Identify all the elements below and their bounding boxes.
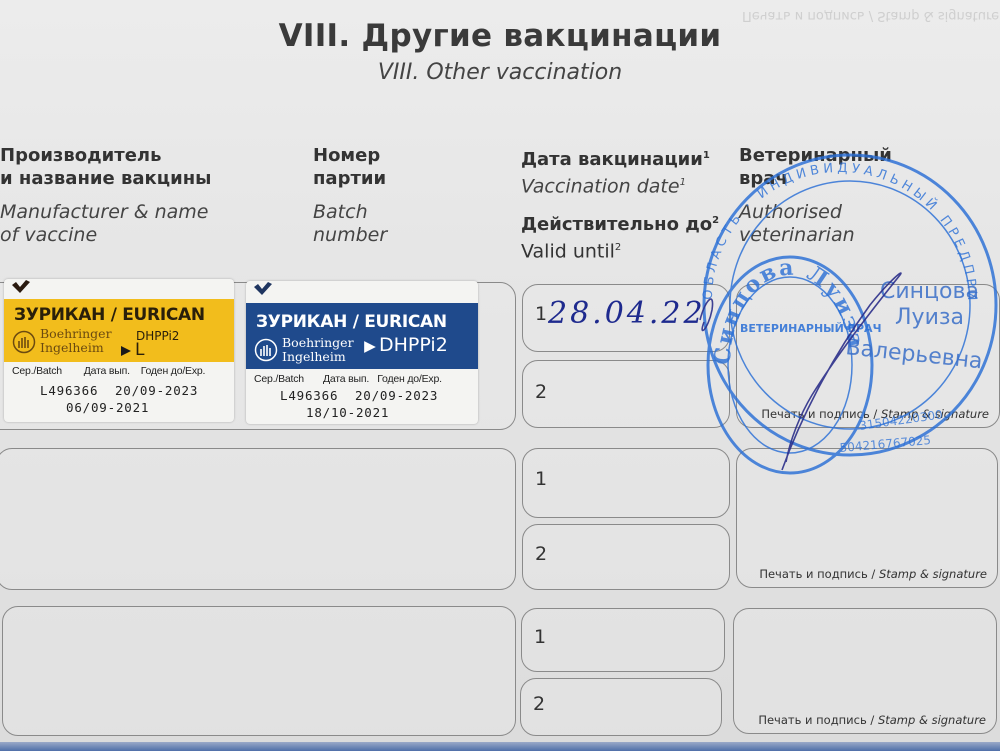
row2-date-1-field[interactable]: 1 bbox=[522, 448, 730, 518]
row1-date-2-label: 2 bbox=[535, 381, 547, 403]
checkmark-icon bbox=[252, 281, 274, 299]
vaccine-sticker-1: ЗУРИКАН / EURICAN BoehringerIngelheim DH… bbox=[4, 279, 234, 422]
page-edge bbox=[0, 742, 1000, 751]
col-header-date: Дата вакцинации1 Vaccination date1 Дейст… bbox=[521, 144, 719, 264]
sticker-brand: ЗУРИКАН / EURICAN bbox=[256, 312, 447, 332]
sticker-batch-exp: L496366 20/09-2023 bbox=[280, 388, 438, 403]
sticker-issued: 06/09-2021 bbox=[66, 400, 149, 415]
col-header-batch: Номер партии Batch number bbox=[313, 144, 387, 247]
manufacturer-ru-2: и название вакцины bbox=[0, 167, 211, 190]
footnote-2: 2 bbox=[712, 215, 719, 226]
row2-stamp-field[interactable]: Печать и подпись / Stamp & signature bbox=[736, 448, 998, 588]
row1-stamp-field[interactable]: Печать и подпись / Stamp & signature bbox=[736, 284, 1000, 428]
vet-en-1: Authorised bbox=[739, 201, 892, 224]
sticker-maker: BoehringerIngelheim bbox=[40, 327, 112, 355]
row2-stamp-label: Печать и подпись / Stamp & signature bbox=[759, 567, 987, 581]
col-header-vet: Ветеринарный врач Authorised veterinaria… bbox=[739, 144, 892, 247]
batch-ru-2: партии bbox=[313, 167, 387, 190]
valid-ru: Действительно до bbox=[521, 214, 712, 235]
row2-date-2-label: 2 bbox=[535, 543, 547, 565]
footnote-1: 1 bbox=[703, 150, 710, 161]
vaccine-sticker-2: ЗУРИКАН / EURICAN BoehringerIngelheim DH… bbox=[246, 281, 478, 424]
row3-date-1-label: 1 bbox=[534, 626, 546, 648]
play-arrow-icon bbox=[120, 345, 132, 357]
section-subtitle: VIII. Other vaccination bbox=[0, 60, 1000, 85]
checkmark-icon bbox=[10, 279, 32, 297]
manufacturer-ru-1: Производитель bbox=[0, 144, 211, 167]
row3-date-2-label: 2 bbox=[533, 693, 545, 715]
manufacturer-en-2: of vaccine bbox=[0, 224, 211, 247]
sticker-variant-suffix: L bbox=[135, 340, 144, 360]
row3-stamp-field[interactable]: Печать и подпись / Stamp & signature bbox=[733, 608, 997, 734]
footnote-1b: 1 bbox=[680, 177, 686, 188]
sticker-col-labels: Сер./Batch Дата вып. Годен до/Exp. bbox=[254, 373, 442, 385]
row3-stamp-label: Печать и подпись / Stamp & signature bbox=[758, 713, 986, 727]
date-ru: Дата вакцинации bbox=[521, 149, 703, 170]
row2-vaccine-field[interactable] bbox=[0, 448, 516, 590]
row2-date-1-label: 1 bbox=[535, 468, 547, 490]
date-en: Vaccination date bbox=[521, 175, 680, 197]
vet-en-2: veterinarian bbox=[739, 224, 892, 247]
sticker-variant: DHPPi2 bbox=[379, 334, 448, 356]
sticker-maker: BoehringerIngelheim bbox=[282, 336, 354, 364]
row1-date-1-label: 1 bbox=[535, 303, 547, 325]
vet-ru-1: Ветеринарный bbox=[739, 144, 892, 167]
play-arrow-icon bbox=[363, 340, 377, 354]
boehringer-logo-icon bbox=[254, 338, 278, 362]
section-title: VIII. Другие вакцинации bbox=[0, 18, 1000, 54]
vet-ru-2: врач bbox=[739, 167, 892, 190]
batch-en-2: number bbox=[313, 224, 387, 247]
row1-stamp-label: Печать и подпись / Stamp & signature bbox=[761, 407, 989, 421]
row1-date-2-field[interactable]: 2 bbox=[522, 360, 730, 428]
row3-date-2-field[interactable]: 2 bbox=[520, 678, 722, 736]
batch-ru-1: Номер bbox=[313, 144, 387, 167]
valid-en: Valid until bbox=[521, 241, 615, 263]
row3-date-1-field[interactable]: 1 bbox=[521, 608, 725, 672]
footnote-2b: 2 bbox=[615, 242, 621, 253]
manufacturer-en-1: Manufacturer & name bbox=[0, 201, 211, 224]
sticker-brand: ЗУРИКАН / EURICAN bbox=[14, 305, 205, 325]
col-header-manufacturer: Производитель и название вакцины Manufac… bbox=[0, 144, 211, 247]
sticker-col-labels: Сер./Batch Дата вып. Годен до/Exp. bbox=[12, 365, 205, 377]
sticker-batch-exp: L496366 20/09-2023 bbox=[40, 383, 198, 398]
batch-en-1: Batch bbox=[313, 201, 387, 224]
row3-vaccine-field[interactable] bbox=[2, 606, 516, 736]
row2-date-2-field[interactable]: 2 bbox=[522, 524, 730, 590]
row1-date-1-handwritten: 28.04.22 bbox=[548, 296, 706, 331]
boehringer-logo-icon bbox=[12, 330, 36, 354]
sticker-issued: 18/10-2021 bbox=[306, 405, 389, 420]
